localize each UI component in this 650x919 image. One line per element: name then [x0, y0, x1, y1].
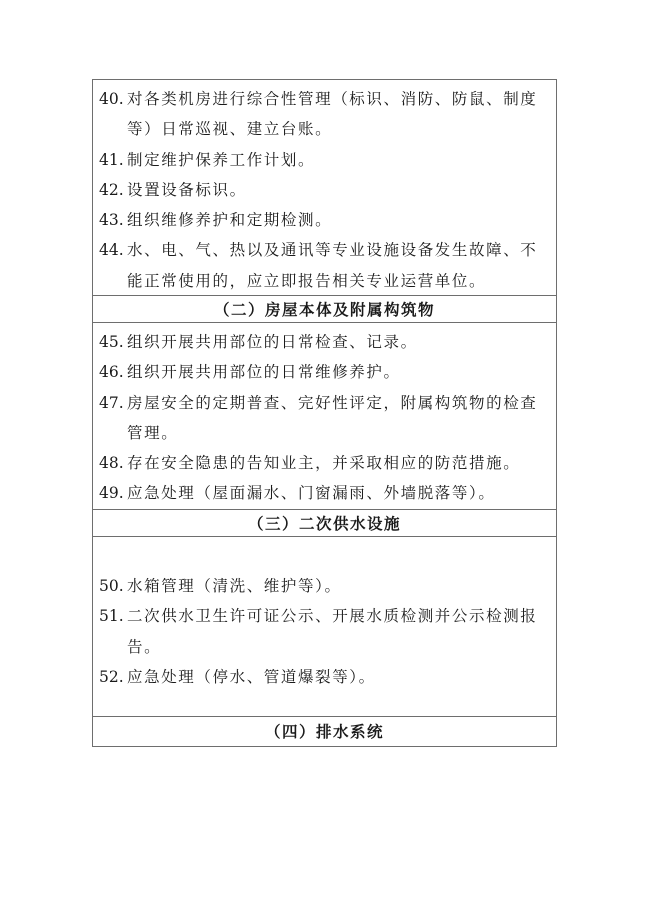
item-number: 43. [99, 205, 127, 235]
list-item: 40.对各类机房进行综合性管理（标识、消防、防鼠、制度等）日常巡视、建立台账。 [99, 84, 550, 145]
section-1-items: 40.对各类机房进行综合性管理（标识、消防、防鼠、制度等）日常巡视、建立台账。 … [93, 80, 556, 295]
item-number: 46. [99, 357, 127, 387]
list-item: 45.组织开展共用部位的日常检查、记录。 [99, 327, 550, 357]
item-number: 45. [99, 327, 127, 357]
list-item: 51.二次供水卫生许可证公示、开展水质检测并公示检测报告。 [99, 601, 550, 662]
list-item: 48.存在安全隐患的告知业主，并采取相应的防范措施。 [99, 448, 550, 478]
item-text: 房屋安全的定期普查、完好性评定，附属构筑物的检查管理。 [127, 394, 537, 442]
services-table: 40.对各类机房进行综合性管理（标识、消防、防鼠、制度等）日常巡视、建立台账。 … [92, 79, 557, 747]
list-item: 49.应急处理（屋面漏水、门窗漏雨、外墙脱落等）。 [99, 478, 550, 508]
list-item: 47.房屋安全的定期普查、完好性评定，附属构筑物的检查管理。 [99, 388, 550, 449]
list-item: 44.水、电、气、热以及通讯等专业设施设备发生故障、不能正常使用的，应立即报告相… [99, 235, 550, 296]
item-number: 41. [99, 145, 127, 175]
item-text: 组织开展共用部位的日常维修养护。 [127, 363, 401, 381]
item-text: 组织开展共用部位的日常检查、记录。 [127, 333, 418, 351]
list-item: 46.组织开展共用部位的日常维修养护。 [99, 357, 550, 387]
item-number: 48. [99, 448, 127, 478]
item-text: 应急处理（屋面漏水、门窗漏雨、外墙脱落等）。 [127, 484, 495, 502]
section-heading: （四）排水系统 [93, 716, 556, 746]
list-item: 52.应急处理（停水、管道爆裂等）。 [99, 662, 550, 692]
item-text: 存在安全隐患的告知业主，并采取相应的防范措施。 [127, 454, 520, 472]
section-3-items: 50.水箱管理（清洗、维护等）。 51.二次供水卫生许可证公示、开展水质检测并公… [93, 536, 556, 716]
item-number: 51. [99, 601, 127, 631]
item-number: 49. [99, 478, 127, 508]
item-number: 44. [99, 235, 127, 265]
list-item: 42.设置设备标识。 [99, 175, 550, 205]
item-text: 设置设备标识。 [127, 181, 247, 199]
list-item: 43.组织维修养护和定期检测。 [99, 205, 550, 235]
section-2-items: 45.组织开展共用部位的日常检查、记录。 46.组织开展共用部位的日常维修养护。… [93, 322, 556, 509]
item-text: 制定维护保养工作计划。 [127, 151, 315, 169]
section-heading: （二）房屋本体及附属构筑物 [93, 295, 556, 322]
list-item: 41.制定维护保养工作计划。 [99, 145, 550, 175]
item-text: 水箱管理（清洗、维护等）。 [127, 577, 342, 595]
item-number: 52. [99, 662, 127, 692]
item-text: 组织维修养护和定期检测。 [127, 211, 332, 229]
item-text: 二次供水卫生许可证公示、开展水质检测并公示检测报告。 [127, 607, 537, 655]
list-item: 50.水箱管理（清洗、维护等）。 [99, 571, 550, 601]
section-heading: （三）二次供水设施 [93, 509, 556, 536]
item-text: 应急处理（停水、管道爆裂等）。 [127, 668, 376, 686]
item-text: 水、电、气、热以及通讯等专业设施设备发生故障、不能正常使用的，应立即报告相关专业… [127, 241, 537, 289]
item-number: 47. [99, 388, 127, 418]
item-text: 对各类机房进行综合性管理（标识、消防、防鼠、制度等）日常巡视、建立台账。 [127, 90, 537, 138]
item-number: 40. [99, 84, 127, 114]
item-number: 50. [99, 571, 127, 601]
item-number: 42. [99, 175, 127, 205]
